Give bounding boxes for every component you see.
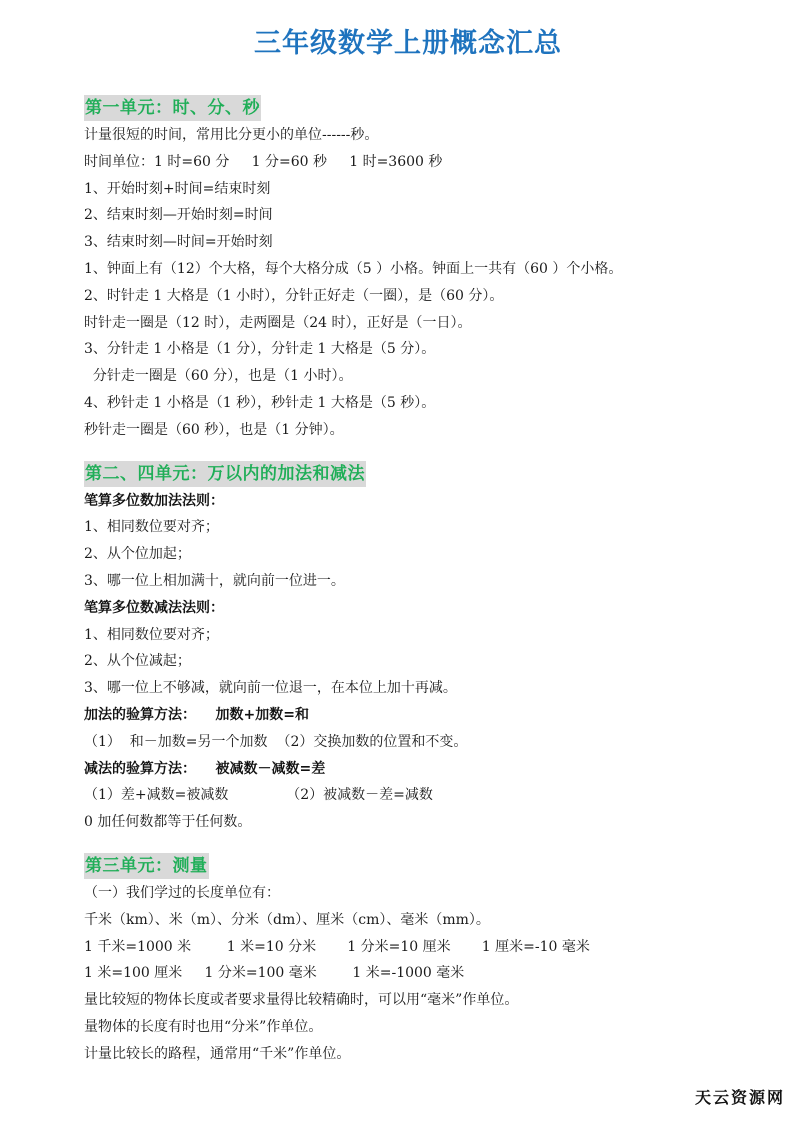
- text-line: 1、钟面上有（12）个大格，每个大格分成（5 ）小格。钟面上一共有（60 ）个小…: [84, 256, 764, 283]
- text-line: 2、结束时刻—开始时刻=时间: [84, 202, 764, 229]
- text-line: 4、秒针走 1 小格是（1 秒），秒针走 1 大格是（5 秒）。: [84, 390, 764, 417]
- text-line: 秒针走一圈是（60 秒），也是（1 分钟）。: [84, 417, 764, 444]
- text-line: 量比较短的物体长度或者要求量得比较精确时，可以用“毫米”作单位。: [84, 987, 764, 1014]
- text-line: 2、时针走 1 大格是（1 小时），分针正好走（一圈），是（60 分）。: [84, 283, 764, 310]
- section-unit-3: 第三单元：测量 （一）我们学过的长度单位有： 千米（km）、米（m）、分米（dm…: [84, 853, 764, 1068]
- text-line: （1） 和－加数=另一个加数 （2）交换加数的位置和不变。: [84, 729, 764, 756]
- text-line: 1、相同数位要对齐；: [84, 514, 764, 541]
- text-line: 0 加任何数都等于任何数。: [84, 809, 764, 836]
- text-line: 1、开始时刻+时间=结束时刻: [84, 176, 764, 203]
- text-line: 计量很短的时间，常用比分更小的单位------秒。: [84, 122, 764, 149]
- text-line: 3、哪一位上相加满十，就向前一位进一。: [84, 568, 764, 595]
- section-heading: 第一单元：时、分、秒: [84, 95, 261, 121]
- text-line: （1）差+减数=被减数 （2）被减数－差=减数: [84, 782, 764, 809]
- text-line: 2、从个位减起；: [84, 648, 764, 675]
- text-line: （一）我们学过的长度单位有：: [84, 880, 764, 907]
- text-line: 时间单位：1 时=60 分 1 分=60 秒 1 时=3600 秒: [84, 149, 764, 176]
- rule-heading: 减法的验算方法： 被减数－减数=差: [84, 756, 764, 783]
- text-line: 2、从个位加起；: [84, 541, 764, 568]
- text-line: 分针走一圈是（60 分），也是（1 小时）。: [84, 363, 764, 390]
- text-line: 计量比较长的路程，通常用“千米”作单位。: [84, 1041, 764, 1068]
- text-line: 1 米=100 厘米 1 分米=100 毫米 1 米=-1000 毫米: [84, 960, 764, 987]
- text-line: 千米（km）、米（m）、分米（dm）、厘米（cm）、毫米（mm）。: [84, 907, 764, 934]
- text-line: 1 千米=1000 米 1 米=10 分米 1 分米=10 厘米 1 厘米=-1…: [84, 934, 764, 961]
- section-heading: 第三单元：测量: [84, 853, 209, 879]
- section-unit-1: 第一单元：时、分、秒 计量很短的时间，常用比分更小的单位------秒。 时间单…: [84, 95, 764, 444]
- text-line: 时针走一圈是（12 时），走两圈是（24 时），正好是（一日）。: [84, 310, 764, 337]
- watermark-logo: 天云资源网: [695, 1085, 785, 1108]
- text-line: 1、相同数位要对齐；: [84, 622, 764, 649]
- text-line: 3、分针走 1 小格是（1 分），分针走 1 大格是（5 分）。: [84, 336, 764, 363]
- section-unit-2-4: 第二、四单元：万以内的加法和减法 笔算多位数加法法则： 1、相同数位要对齐； 2…: [84, 461, 764, 836]
- document-body: 第一单元：时、分、秒 计量很短的时间，常用比分更小的单位------秒。 时间单…: [84, 95, 764, 1068]
- text-line: 量物体的长度有时也用“分米”作单位。: [84, 1014, 764, 1041]
- rule-heading: 加法的验算方法： 加数+加数=和: [84, 702, 764, 729]
- section-heading: 第二、四单元：万以内的加法和减法: [84, 461, 366, 487]
- page-title: 三年级数学上册概念汇总: [0, 24, 793, 64]
- rule-heading: 笔算多位数减法法则：: [84, 595, 764, 622]
- rule-heading: 笔算多位数加法法则：: [84, 488, 764, 515]
- text-line: 3、结束时刻—时间=开始时刻: [84, 229, 764, 256]
- text-line: 3、哪一位上不够减，就向前一位退一，在本位上加十再减。: [84, 675, 764, 702]
